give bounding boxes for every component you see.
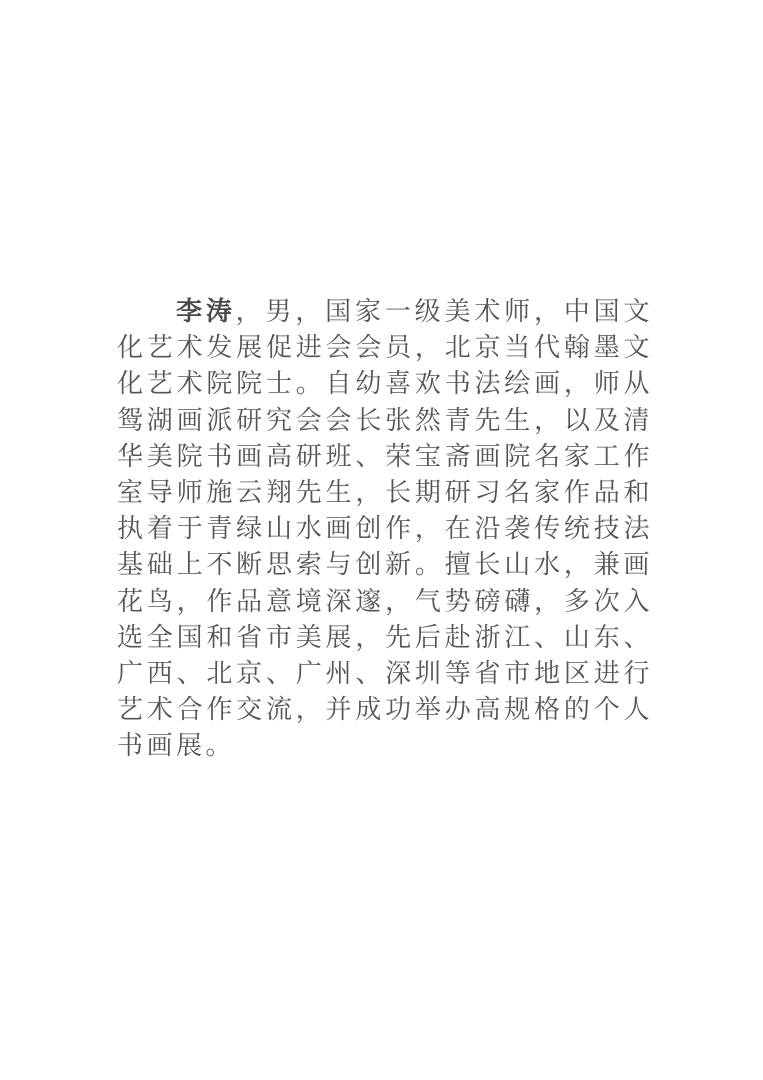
- biography-text: ，男，国家一级美术师，中国文化艺术发展促进会会员，北京当代翰墨文化艺术院院士。自…: [117, 297, 653, 761]
- artist-biography: 李涛，男，国家一级美术师，中国文化艺术发展促进会会员，北京当代翰墨文化艺术院院士…: [117, 294, 653, 765]
- artist-name: 李涛: [176, 297, 236, 327]
- document-page: 李涛，男，国家一级美术师，中国文化艺术发展促进会会员，北京当代翰墨文化艺术院院士…: [0, 0, 763, 1080]
